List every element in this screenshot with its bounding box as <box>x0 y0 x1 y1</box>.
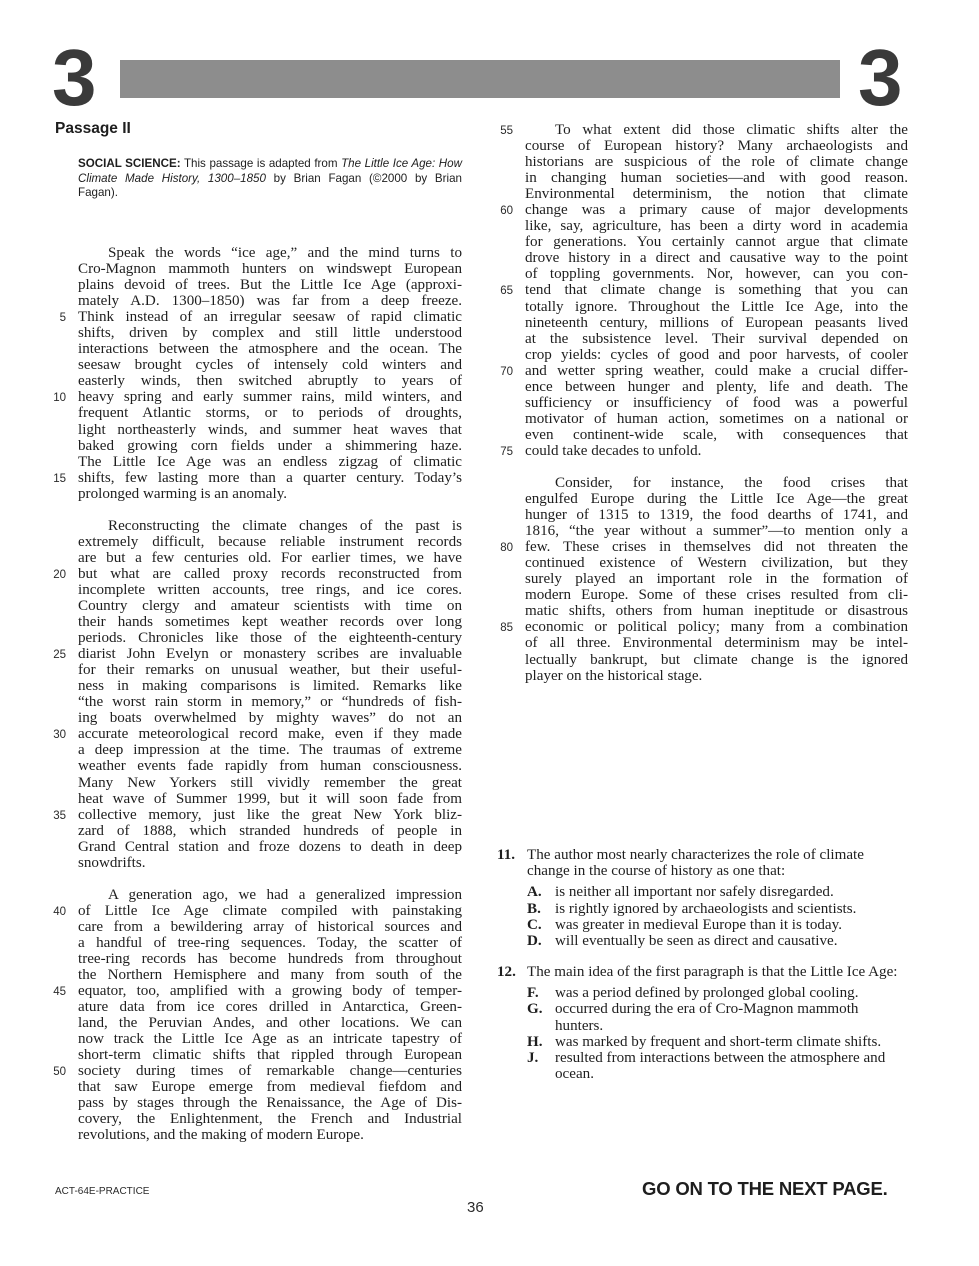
passage-line: hunger of 1315 to 1319, the food dearths… <box>487 507 907 523</box>
passage-line: shifts, driven by complex and still litt… <box>40 325 462 341</box>
line-text: shifts, driven by complex and still litt… <box>78 325 462 341</box>
passage-line: ness in making comparisons is limited. R… <box>40 678 462 694</box>
passage-line: 50society during times of remarkable cha… <box>40 1063 462 1079</box>
passage-line: 80few. These crises in themselves did no… <box>487 539 907 555</box>
line-text: drove history in a direct and causative … <box>525 250 908 266</box>
option-text: is neither all important nor safely disr… <box>555 884 834 900</box>
line-text: snowdrifts. <box>78 855 462 871</box>
passage-line: like, say, agriculture, has been a dirty… <box>487 218 907 234</box>
line-text: zard of 1888, which stranded hundreds of… <box>78 823 462 839</box>
option-text: occurred during the era of Cro-Magnon ma… <box>555 1001 858 1033</box>
line-text: frequent Atlantic storms, or to periods … <box>78 405 462 421</box>
line-text: Speak the words “ice age,” and the mind … <box>78 245 462 261</box>
question-text: The main idea of the first paragraph is … <box>527 964 898 980</box>
line-text: “the worst rain storm in memory,” or “hu… <box>78 694 462 710</box>
line-text: A generation ago, we had a generalized i… <box>78 887 462 903</box>
passage-line: Consider, for instance, the food crises … <box>487 475 907 491</box>
answer-options: A.is neither all important nor safely di… <box>497 884 907 949</box>
answer-option-c[interactable]: C.was greater in medieval Europe than it… <box>527 917 907 933</box>
line-number: 15 <box>40 471 66 487</box>
line-text: change was a primary cause of major deve… <box>525 202 908 218</box>
passage-line: of toppling governments. Nor, however, c… <box>487 266 907 282</box>
option-text: was marked by frequent and short-term cl… <box>555 1034 881 1050</box>
line-text: accurate meteorological record make, eve… <box>78 726 462 742</box>
passage-line: a deep impression at the time. The traum… <box>40 742 462 758</box>
line-number: 30 <box>40 727 66 743</box>
passage-line: Environmental determinism, the notion th… <box>487 186 907 202</box>
passage-line: 30accurate meteorological record make, e… <box>40 726 462 742</box>
line-text: land, the Peruvian Andes, and other loca… <box>78 1015 462 1031</box>
line-number: 20 <box>40 567 66 583</box>
line-text: player on the historical stage. <box>525 668 908 684</box>
line-text: ness in making comparisons is limited. R… <box>78 678 462 694</box>
answer-option-h[interactable]: H.was marked by frequent and short-term … <box>527 1034 907 1050</box>
answer-option-j[interactable]: J.resulted from interactions between the… <box>527 1050 907 1082</box>
line-number: 80 <box>487 540 513 556</box>
passage-line: Country clergy and amateur scientists wi… <box>40 598 462 614</box>
passage-line: ence between hunger and plenty, life and… <box>487 379 907 395</box>
passage-line: engulfed Europe during the Little Ice Ag… <box>487 491 907 507</box>
line-number: 35 <box>40 808 66 824</box>
passage-line: 60change was a primary cause of major de… <box>487 202 907 218</box>
passage-line: covery, the Enlightenment, the French an… <box>40 1111 462 1127</box>
passage-line: surely played an important role in the f… <box>487 571 907 587</box>
line-text: like, say, agriculture, has been a dirty… <box>525 218 908 234</box>
question-number: 12. <box>497 964 516 980</box>
option-text: will eventually be seen as direct and ca… <box>555 933 837 949</box>
line-text: care from a bewildering array of histori… <box>78 919 462 935</box>
passage-line: pass by stages through the Renaissance, … <box>40 1095 462 1111</box>
passage-line: even continent-wide scale, with conseque… <box>487 427 907 443</box>
answer-option-g[interactable]: G.occurred during the era of Cro-Magnon … <box>527 1001 907 1033</box>
line-text: equator, too, amplified with a growing b… <box>78 983 462 999</box>
answer-option-a[interactable]: A.is neither all important nor safely di… <box>527 884 907 900</box>
line-text: and wetter spring weather, could make a … <box>525 363 908 379</box>
passage-line: land, the Peruvian Andes, and other loca… <box>40 1015 462 1031</box>
line-text: course of European history? Many archaeo… <box>525 138 908 154</box>
line-number: 85 <box>487 620 513 636</box>
passage-line: 25diarist John Evelyn or monastery scrib… <box>40 646 462 662</box>
line-text: in changing human societies—and with goo… <box>525 170 908 186</box>
line-text: engulfed Europe during the Little Ice Ag… <box>525 491 908 507</box>
passage-line: lectually bankrupt, but climate change i… <box>487 652 907 668</box>
passage-left-column: Speak the words “ice age,” and the mind … <box>40 245 462 1144</box>
line-text: Cro-Magnon mammoth hunters on windswept … <box>78 261 462 277</box>
question-stem: 11. The author most nearly characterizes… <box>497 847 907 879</box>
passage-line: 35collective memory, just like the great… <box>40 807 462 823</box>
passage-line: 65tend that climate change is something … <box>487 282 907 298</box>
line-text: ature data from ice cores drilled in Ant… <box>78 999 462 1015</box>
line-text: surely played an important role in the f… <box>525 571 908 587</box>
line-text: collective memory, just like the great N… <box>78 807 462 823</box>
passage-line: modern Europe. Some of these crises resu… <box>487 587 907 603</box>
line-text: Grand Central station and froze dozens t… <box>78 839 462 855</box>
line-text: Country clergy and amateur scientists wi… <box>78 598 462 614</box>
paragraph-gap <box>40 502 462 518</box>
line-text: periods. Chronicles like those of the ei… <box>78 630 462 646</box>
passage-line: 55To what extent did those climatic shif… <box>487 122 907 138</box>
line-text: economic or political policy; many from … <box>525 619 908 635</box>
passage-line: matic shifts, others from human ineptitu… <box>487 603 907 619</box>
passage-line: for generations. You certainly cannot ar… <box>487 234 907 250</box>
question-text: The author most nearly characterizes the… <box>527 847 864 879</box>
line-text: totally ignore. Throughout the Little Ic… <box>525 299 908 315</box>
passage-line: crop yields: cycles of good and poor har… <box>487 347 907 363</box>
line-text: but what are called proxy records recons… <box>78 566 462 582</box>
passage-line: “the worst rain storm in memory,” or “hu… <box>40 694 462 710</box>
line-text: seesaw brought cycles of intensely cold … <box>78 357 462 373</box>
passage-line: frequent Atlantic storms, or to periods … <box>40 405 462 421</box>
line-text: now track the Little Ice Age as an intri… <box>78 1031 462 1047</box>
line-text: baked growing corn fields under a shimme… <box>78 438 462 454</box>
passage-line: totally ignore. Throughout the Little Ic… <box>487 299 907 315</box>
passage-line: periods. Chronicles like those of the ei… <box>40 630 462 646</box>
passage-line: player on the historical stage. <box>487 668 907 684</box>
passage-line: weather events fade rapidly from human c… <box>40 758 462 774</box>
passage-line: 40of Little Ice Age climate compiled wit… <box>40 903 462 919</box>
passage-line: that saw Europe emerge from medieval fie… <box>40 1079 462 1095</box>
option-letter: C. <box>527 917 542 933</box>
option-text: is rightly ignored by archaeologists and… <box>555 901 856 917</box>
line-text: crop yields: cycles of good and poor har… <box>525 347 908 363</box>
line-text: the Northern Hemisphere and many from so… <box>78 967 462 983</box>
passage-line: heat wave of Summer 1999, but it will so… <box>40 791 462 807</box>
passage-line: 15shifts, few lasting more than a quarte… <box>40 470 462 486</box>
line-number: 65 <box>487 283 513 299</box>
line-text: covery, the Enlightenment, the French an… <box>78 1111 462 1127</box>
answer-option-b[interactable]: B.is rightly ignored by archaeologists a… <box>527 901 907 917</box>
line-number: 5 <box>40 310 66 326</box>
question-stem: 12. The main idea of the first paragraph… <box>497 964 907 980</box>
passage-line: now track the Little Ice Age as an intri… <box>40 1031 462 1047</box>
line-text: at the subsistence level. Their survival… <box>525 331 908 347</box>
option-letter: G. <box>527 1001 543 1017</box>
line-text: weather events fade rapidly from human c… <box>78 758 462 774</box>
line-text: shifts, few lasting more than a quarter … <box>78 470 462 486</box>
question-number: 11. <box>497 847 515 863</box>
answer-option-d[interactable]: D.will eventually be seen as direct and … <box>527 933 907 949</box>
line-text: interactions between the atmosphere and … <box>78 341 462 357</box>
passage-line: seesaw brought cycles of intensely cold … <box>40 357 462 373</box>
option-letter: J. <box>527 1050 538 1066</box>
option-letter: B. <box>527 901 541 917</box>
passage-line: Cro-Magnon mammoth hunters on windswept … <box>40 261 462 277</box>
passage-line: 20but what are called proxy records reco… <box>40 566 462 582</box>
passage-intro: SOCIAL SCIENCE: This passage is adapted … <box>78 157 462 201</box>
line-text: their hands sometimes kept weather recor… <box>78 614 462 630</box>
passage-line: zard of 1888, which stranded hundreds of… <box>40 823 462 839</box>
section-number-right: 3 <box>858 38 903 118</box>
line-text: pass by stages through the Renaissance, … <box>78 1095 462 1111</box>
line-text: lectually bankrupt, but climate change i… <box>525 652 908 668</box>
line-text: hunger of 1315 to 1319, the food dearths… <box>525 507 908 523</box>
passage-line: extremely difficult, because reliable in… <box>40 534 462 550</box>
line-text: prolonged warming is an anomaly. <box>78 486 462 502</box>
passage-line: The Little Ice Age was an endless zigzag… <box>40 454 462 470</box>
page-number: 36 <box>467 1199 484 1216</box>
passage-line: ature data from ice cores drilled in Ant… <box>40 999 462 1015</box>
line-text: 1816, “the year without a summer”—to men… <box>525 523 908 539</box>
line-text: for generations. You certainly cannot ar… <box>525 234 908 250</box>
form-code: ACT-64E-PRACTICE <box>55 1186 149 1197</box>
passage-line: snowdrifts. <box>40 855 462 871</box>
line-text: of Little Ice Age climate compiled with … <box>78 903 462 919</box>
passage-line: interactions between the atmosphere and … <box>40 341 462 357</box>
line-text: society during times of remarkable chang… <box>78 1063 462 1079</box>
line-number: 45 <box>40 984 66 1000</box>
passage-line: drove history in a direct and causative … <box>487 250 907 266</box>
passage-line: Speak the words “ice age,” and the mind … <box>40 245 462 261</box>
option-letter: A. <box>527 884 542 900</box>
section-header-bar <box>120 60 840 98</box>
line-text: that saw Europe emerge from medieval fie… <box>78 1079 462 1095</box>
line-number: 40 <box>40 904 66 920</box>
line-text: diarist John Evelyn or monastery scribes… <box>78 646 462 662</box>
passage-line: continued existence of Western civilizat… <box>487 555 907 571</box>
passage-line: prolonged warming is an anomaly. <box>40 486 462 502</box>
passage-line: are but a few centuries old. For earlier… <box>40 550 462 566</box>
option-letter: F. <box>527 985 539 1001</box>
intro-text-before: This passage is adapted from <box>181 157 342 170</box>
line-text: mately A.D. 1300–1850) was far from a de… <box>78 293 462 309</box>
line-text: Reconstructing the climate changes of th… <box>78 518 462 534</box>
passage-line: mately A.D. 1300–1850) was far from a de… <box>40 293 462 309</box>
line-text: few. These crises in themselves did not … <box>525 539 908 555</box>
passage-line: historians are suspicious of the role of… <box>487 154 907 170</box>
line-text: matic shifts, others from human ineptitu… <box>525 603 908 619</box>
passage-title: Passage II <box>55 120 131 138</box>
line-text: a deep impression at the time. The traum… <box>78 742 462 758</box>
go-on-next-page: GO ON TO THE NEXT PAGE. <box>642 1178 888 1200</box>
line-text: motivator of human action, sometimes on … <box>525 411 908 427</box>
line-text: continued existence of Western civilizat… <box>525 555 908 571</box>
line-number: 75 <box>487 444 513 460</box>
passage-line: Reconstructing the climate changes of th… <box>40 518 462 534</box>
passage-line: motivator of human action, sometimes on … <box>487 411 907 427</box>
line-text: of all three. Environmental determinism … <box>525 635 908 651</box>
line-text: could take decades to unfold. <box>525 443 908 459</box>
passage-line: the Northern Hemisphere and many from so… <box>40 967 462 983</box>
line-number: 55 <box>487 123 513 139</box>
passage-line: revolutions, and the making of modern Eu… <box>40 1127 462 1143</box>
line-text: even continent-wide scale, with conseque… <box>525 427 908 443</box>
line-number: 50 <box>40 1064 66 1080</box>
question-12: 12. The main idea of the first paragraph… <box>497 964 907 1082</box>
line-number: 70 <box>487 364 513 380</box>
line-text: Environmental determinism, the notion th… <box>525 186 908 202</box>
line-text: revolutions, and the making of modern Eu… <box>78 1127 462 1143</box>
passage-line: a handful of tree-ring sequences. Today,… <box>40 935 462 951</box>
option-text: was a period defined by prolonged global… <box>555 985 858 1001</box>
passage-line: 10heavy spring and early summer rains, m… <box>40 389 462 405</box>
line-text: Think instead of an irregular seesaw of … <box>78 309 462 325</box>
line-text: incomplete written accounts, tree rings,… <box>78 582 462 598</box>
option-letter: H. <box>527 1034 543 1050</box>
passage-line: nineteenth century, millions of European… <box>487 315 907 331</box>
line-text: are but a few centuries old. For earlier… <box>78 550 462 566</box>
line-text: The Little Ice Age was an endless zigzag… <box>78 454 462 470</box>
passage-line: 1816, “the year without a summer”—to men… <box>487 523 907 539</box>
paragraph-gap <box>487 459 907 475</box>
line-text: easterly winds, then switched abruptly t… <box>78 373 462 389</box>
passage-line: care from a bewildering array of histori… <box>40 919 462 935</box>
answer-options: F.was a period defined by prolonged glob… <box>497 985 907 1082</box>
line-text: short-term climatic shifts that rippled … <box>78 1047 462 1063</box>
passage-line: baked growing corn fields under a shimme… <box>40 438 462 454</box>
line-text: a handful of tree-ring sequences. Today,… <box>78 935 462 951</box>
line-number: 10 <box>40 390 66 406</box>
passage-line: tree-ring records has become hundreds fr… <box>40 951 462 967</box>
line-text: extremely difficult, because reliable in… <box>78 534 462 550</box>
line-text: modern Europe. Some of these crises resu… <box>525 587 908 603</box>
line-text: historians are suspicious of the role of… <box>525 154 908 170</box>
option-text: resulted from interactions between the a… <box>555 1050 885 1082</box>
line-text: heavy spring and early summer rains, mil… <box>78 389 462 405</box>
option-text: was greater in medieval Europe than it i… <box>555 917 842 933</box>
passage-line: 5Think instead of an irregular seesaw of… <box>40 309 462 325</box>
passage-line: 85economic or political policy; many fro… <box>487 619 907 635</box>
line-text: nineteenth century, millions of European… <box>525 315 908 331</box>
passage-line: 75could take decades to unfold. <box>487 443 907 459</box>
line-text: tend that climate change is something th… <box>525 282 908 298</box>
line-text: heat wave of Summer 1999, but it will so… <box>78 791 462 807</box>
passage-genre-label: SOCIAL SCIENCE: <box>78 157 181 170</box>
line-text: Many New Yorkers still vividly remember … <box>78 775 462 791</box>
line-text: of toppling governments. Nor, however, c… <box>525 266 908 282</box>
line-text: for their remarks on unusual weather, bu… <box>78 662 462 678</box>
passage-line: A generation ago, we had a generalized i… <box>40 887 462 903</box>
line-text: tree-ring records has become hundreds fr… <box>78 951 462 967</box>
passage-line: short-term climatic shifts that rippled … <box>40 1047 462 1063</box>
line-text: light northeasterly winds, and summer he… <box>78 422 462 438</box>
passage-line: incomplete written accounts, tree rings,… <box>40 582 462 598</box>
line-number: 25 <box>40 647 66 663</box>
passage-line: in changing human societies—and with goo… <box>487 170 907 186</box>
passage-line: 45equator, too, amplified with a growing… <box>40 983 462 999</box>
line-text: To what extent did those climatic shifts… <box>525 122 908 138</box>
question-11: 11. The author most nearly characterizes… <box>497 847 907 949</box>
passage-line: easterly winds, then switched abruptly t… <box>40 373 462 389</box>
passage-line: light northeasterly winds, and summer he… <box>40 422 462 438</box>
passage-line: Grand Central station and froze dozens t… <box>40 839 462 855</box>
line-text: Consider, for instance, the food crises … <box>525 475 908 491</box>
line-text: ence between hunger and plenty, life and… <box>525 379 908 395</box>
passage-line: for their remarks on unusual weather, bu… <box>40 662 462 678</box>
line-text: ing boats overwhelmed by mighty waves” d… <box>78 710 462 726</box>
passage-right-column: 55To what extent did those climatic shif… <box>487 122 907 684</box>
section-number-left: 3 <box>52 38 97 118</box>
passage-line: of all three. Environmental determinism … <box>487 635 907 651</box>
line-text: sufficiency or insufficiency of food was… <box>525 395 908 411</box>
paragraph-gap <box>40 871 462 887</box>
passage-line: course of European history? Many archaeo… <box>487 138 907 154</box>
passage-line: at the subsistence level. Their survival… <box>487 331 907 347</box>
answer-option-f[interactable]: F.was a period defined by prolonged glob… <box>527 985 907 1001</box>
passage-line: sufficiency or insufficiency of food was… <box>487 395 907 411</box>
passage-line: plains devoid of trees. But the Little I… <box>40 277 462 293</box>
line-number: 60 <box>487 203 513 219</box>
option-letter: D. <box>527 933 542 949</box>
passage-line: ing boats overwhelmed by mighty waves” d… <box>40 710 462 726</box>
passage-line: their hands sometimes kept weather recor… <box>40 614 462 630</box>
line-text: plains devoid of trees. But the Little I… <box>78 277 462 293</box>
passage-line: Many New Yorkers still vividly remember … <box>40 775 462 791</box>
passage-line: 70and wetter spring weather, could make … <box>487 363 907 379</box>
